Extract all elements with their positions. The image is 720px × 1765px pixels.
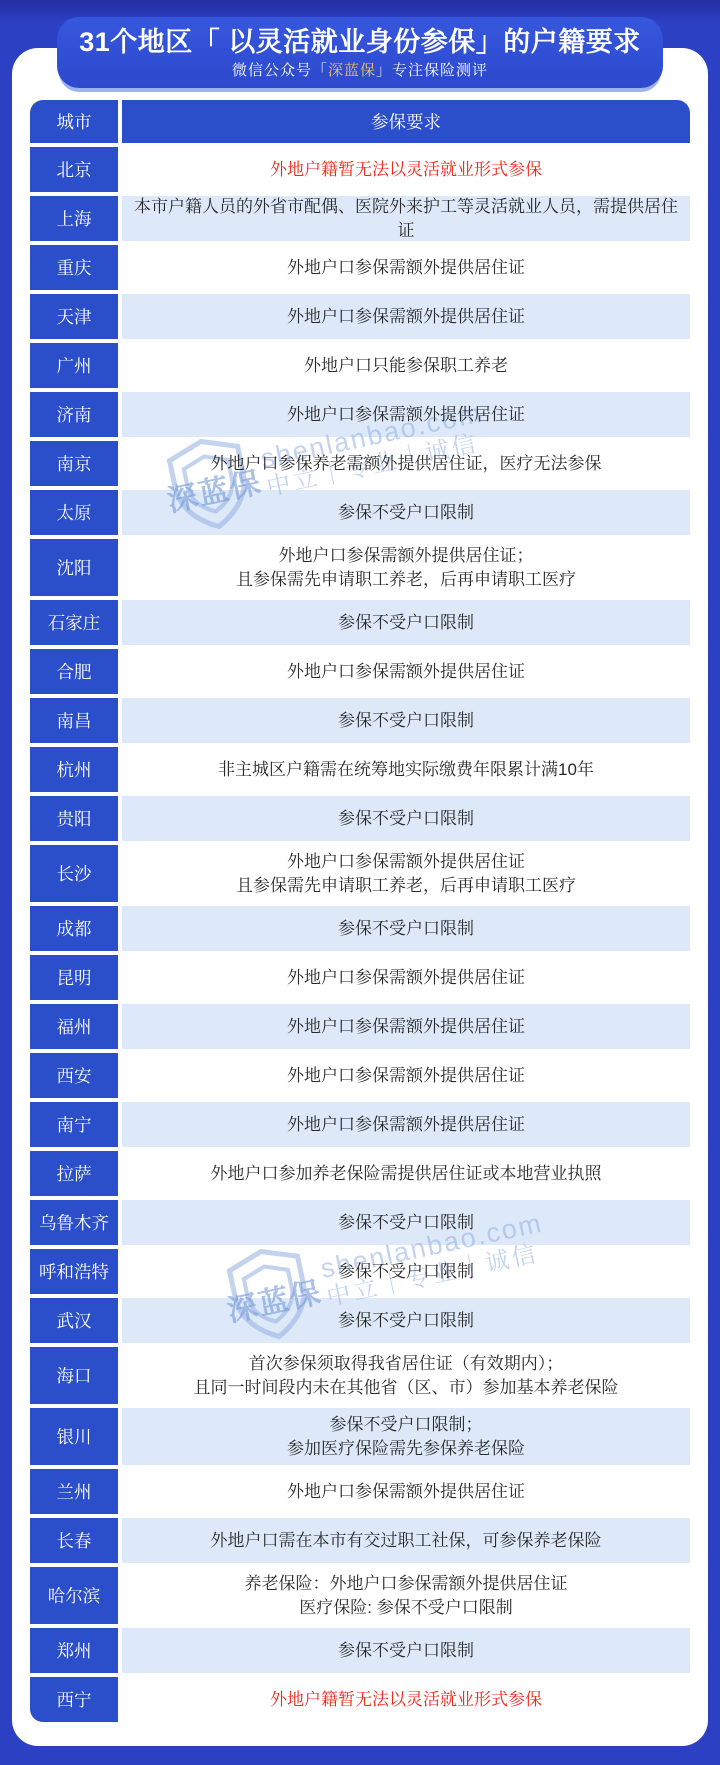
requirement-cell: 外地户口参保需额外提供居住证	[122, 955, 690, 1000]
city-cell: 兰州	[30, 1469, 118, 1514]
city-cell: 南昌	[30, 698, 118, 743]
requirement-cell: 外地户口参保养老需额外提供居住证，医疗无法参保	[122, 441, 690, 486]
subtitle-suffix: 」专注保险测评	[376, 62, 488, 79]
requirement-cell: 外地户口参加养老保险需提供居住证或本地营业执照	[122, 1151, 690, 1196]
city-cell: 哈尔滨	[30, 1567, 118, 1624]
requirement-cell: 参保不受户口限制； 参加医疗保险需先参保养老保险	[122, 1408, 690, 1465]
requirement-cell: 首次参保须取得我省居住证（有效期内）； 且同一时间段内未在其他省（区、市）参加基…	[122, 1347, 690, 1404]
requirement-cell: 外地户口参保需额外提供居住证； 且参保需先申请职工养老，后再申请职工医疗	[122, 539, 690, 596]
requirement-cell: 外地户口需在本市有交过职工社保，可参保养老保险	[122, 1518, 690, 1563]
requirement-cell: 外地户籍暂无法以灵活就业形式参保	[122, 147, 690, 192]
city-cell: 重庆	[30, 245, 118, 290]
city-cell: 长春	[30, 1518, 118, 1563]
table-card: 城市 参保要求 北京 外地户籍暂无法以灵活就业形式参保 上海 本市户籍人员的外省…	[12, 48, 708, 1746]
requirement-cell: 外地户口参保需额外提供居住证	[122, 392, 690, 437]
column-header-requirement: 参保要求	[122, 100, 690, 143]
page-title: 31个地区「 以灵活就业身份参保」的户籍要求	[57, 26, 663, 58]
city-cell: 南宁	[30, 1102, 118, 1147]
city-cell: 石家庄	[30, 600, 118, 645]
city-cell: 贵阳	[30, 796, 118, 841]
city-cell: 武汉	[30, 1298, 118, 1343]
city-cell: 郑州	[30, 1628, 118, 1673]
city-cell: 乌鲁木齐	[30, 1200, 118, 1245]
requirement-cell: 参保不受户口限制	[122, 600, 690, 645]
city-cell: 合肥	[30, 649, 118, 694]
requirement-cell: 参保不受户口限制	[122, 796, 690, 841]
requirement-cell: 外地户籍暂无法以灵活就业形式参保	[122, 1677, 690, 1722]
city-cell: 拉萨	[30, 1151, 118, 1196]
requirement-cell: 外地户口只能参保职工养老	[122, 343, 690, 388]
requirement-cell: 非主城区户籍需在统筹地实际缴费年限累计满10年	[122, 747, 690, 792]
requirement-cell: 参保不受户口限制	[122, 1628, 690, 1673]
city-cell: 西宁	[30, 1677, 118, 1722]
requirement-cell: 外地户口参保需额外提供居住证	[122, 1469, 690, 1514]
city-cell: 呼和浩特	[30, 1249, 118, 1294]
requirement-cell: 参保不受户口限制	[122, 490, 690, 535]
requirement-cell: 外地户口参保需额外提供居住证	[122, 1102, 690, 1147]
requirements-table: 城市 参保要求 北京 外地户籍暂无法以灵活就业形式参保 上海 本市户籍人员的外省…	[30, 100, 690, 1722]
city-cell: 杭州	[30, 747, 118, 792]
city-cell: 广州	[30, 343, 118, 388]
city-cell: 海口	[30, 1347, 118, 1404]
city-cell: 银川	[30, 1408, 118, 1465]
requirement-cell: 参保不受户口限制	[122, 1249, 690, 1294]
header-banner: 31个地区「 以灵活就业身份参保」的户籍要求 微信公众号「深蓝保」专注保险测评	[57, 17, 663, 88]
requirement-cell: 参保不受户口限制	[122, 906, 690, 951]
requirement-cell: 参保不受户口限制	[122, 698, 690, 743]
requirement-cell: 参保不受户口限制	[122, 1298, 690, 1343]
requirement-cell: 外地户口参保需额外提供居住证	[122, 1004, 690, 1049]
requirement-cell: 参保不受户口限制	[122, 1200, 690, 1245]
city-cell: 济南	[30, 392, 118, 437]
subtitle-prefix: 微信公众号「	[232, 62, 328, 79]
city-cell: 昆明	[30, 955, 118, 1000]
city-cell: 天津	[30, 294, 118, 339]
requirement-cell: 外地户口参保需额外提供居住证	[122, 294, 690, 339]
requirement-cell: 本市户籍人员的外省市配偶、医院外来护工等灵活就业人员，需提供居住证	[122, 196, 690, 241]
city-cell: 长沙	[30, 845, 118, 902]
subtitle-brand: 深蓝保	[328, 62, 376, 79]
requirement-cell: 外地户口参保需额外提供居住证	[122, 649, 690, 694]
city-cell: 成都	[30, 906, 118, 951]
city-cell: 西安	[30, 1053, 118, 1098]
column-header-city: 城市	[30, 100, 118, 143]
city-cell: 太原	[30, 490, 118, 535]
requirement-cell: 外地户口参保需额外提供居住证	[122, 245, 690, 290]
requirement-cell: 养老保险：外地户口参保需额外提供居住证 医疗保险: 参保不受户口限制	[122, 1567, 690, 1624]
city-cell: 上海	[30, 196, 118, 241]
city-cell: 北京	[30, 147, 118, 192]
city-cell: 沈阳	[30, 539, 118, 596]
requirement-cell: 外地户口参保需额外提供居住证	[122, 1053, 690, 1098]
requirement-cell: 外地户口参保需额外提供居住证 且参保需先申请职工养老，后再申请职工医疗	[122, 845, 690, 902]
city-cell: 南京	[30, 441, 118, 486]
page-subtitle: 微信公众号「深蓝保」专注保险测评	[57, 59, 663, 80]
city-cell: 福州	[30, 1004, 118, 1049]
